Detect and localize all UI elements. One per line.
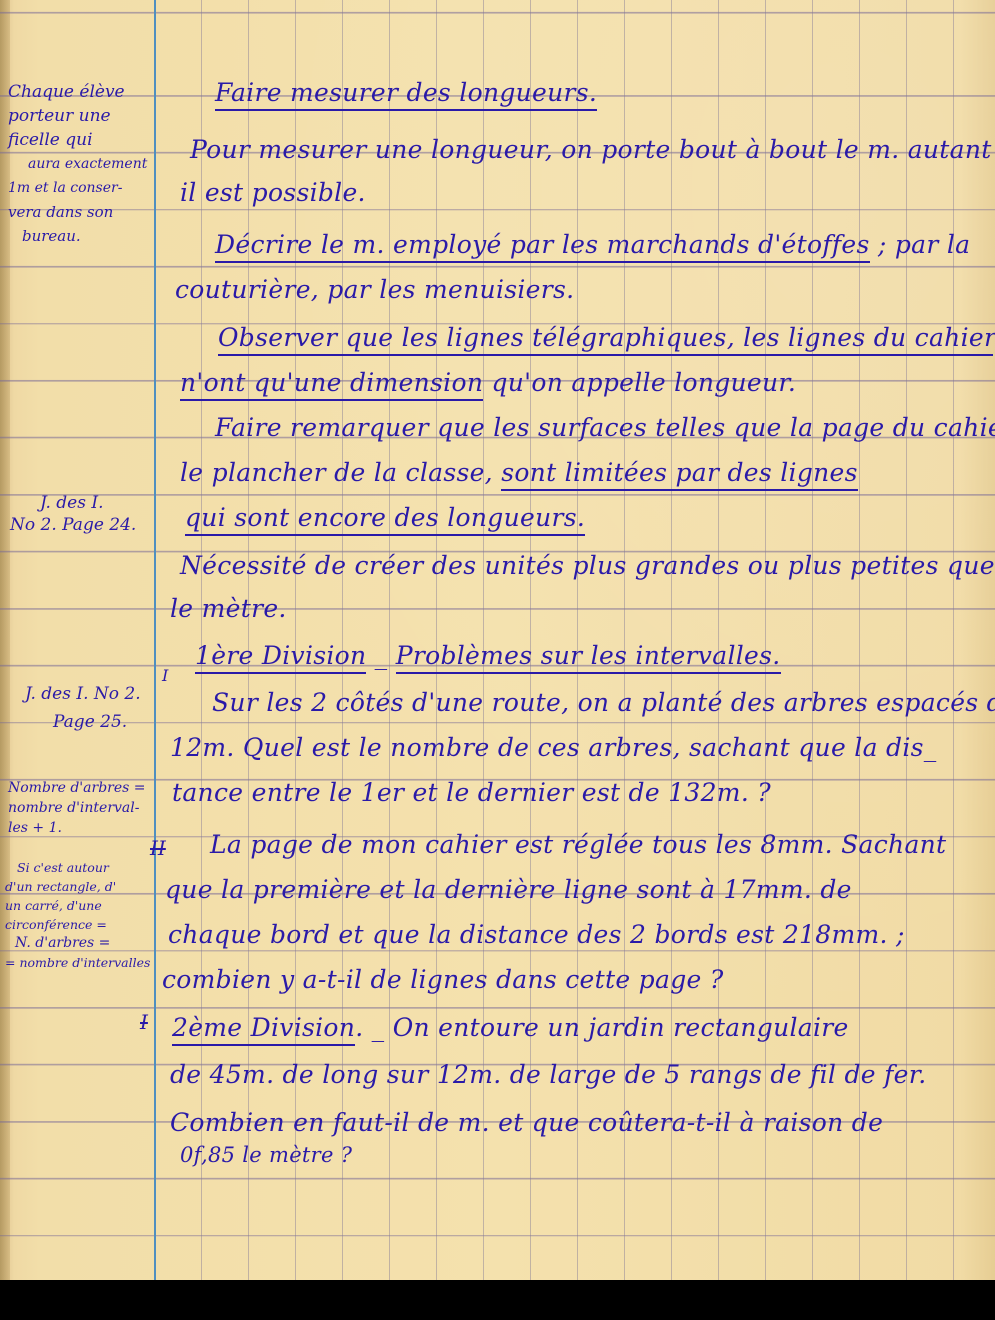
problem-2-line: que la première et la dernière ligne son… — [165, 877, 852, 902]
note-line: les + 1. — [8, 818, 146, 838]
note-line: J. des I. No 2. — [25, 680, 141, 708]
margin-note-ficelle: Chaque élève porteur une ficelle qui aur… — [8, 80, 147, 248]
separator: . _ — [355, 1013, 393, 1042]
problem-1-line: 12m. Quel est le nombre de ces arbres, s… — [170, 735, 937, 760]
separator: _ — [366, 641, 395, 670]
underlined-phrase: Observer que les lignes télégraphiques, … — [218, 323, 993, 356]
problem-marker-1: I — [162, 668, 168, 684]
note-line: circonférence = — [5, 915, 150, 934]
division-label: 2ème Division — [172, 1013, 355, 1046]
paragraph-line: couturière, par les menuisiers. — [175, 277, 574, 302]
problem-3-line: 0f,85 le mètre ? — [180, 1145, 352, 1166]
text-span: le plancher de la classe, — [180, 458, 501, 487]
division-1-heading: 1ère Division _ Problèmes sur les interv… — [195, 643, 781, 668]
note-line: Chaque élève — [8, 80, 147, 104]
paragraph-line: Faire remarquer que les surfaces telles … — [215, 415, 995, 440]
scan-bottom-border — [0, 1280, 995, 1320]
lesson-title-text: Faire mesurer des longueurs. — [215, 78, 597, 111]
notebook-page: Chaque élève porteur une ficelle qui aur… — [0, 0, 995, 1280]
note-line: un carré, d'une — [5, 896, 150, 915]
note-line: vera dans son — [8, 200, 147, 224]
lesson-title: Faire mesurer des longueurs. — [215, 80, 597, 105]
division-label: 1ère Division — [195, 641, 366, 674]
underlined-phrase: qui sont encore des longueurs. — [185, 503, 585, 536]
margin-note-ref-page25: J. des I. No 2. Page 25. — [25, 680, 141, 736]
note-line: Page 25. — [53, 708, 141, 736]
paragraph-line: le plancher de la classe, sont limitées … — [180, 460, 858, 485]
division-title: Problèmes sur les intervalles. — [396, 641, 781, 674]
margin-note-arbres-rule: Nombre d'arbres = nombre d'interval- les… — [8, 778, 146, 838]
problem-2-line: chaque bord et que la distance des 2 bor… — [168, 922, 905, 947]
division-2-heading: 2ème Division. _ On entoure un jardin re… — [172, 1015, 849, 1040]
paragraph-line: n'ont qu'une dimension qu'on appelle lon… — [180, 370, 796, 395]
note-line: d'un rectangle, d' — [5, 877, 150, 896]
note-line: J. des I. — [40, 492, 136, 514]
note-line: Si c'est autour — [17, 858, 150, 877]
note-line: ficelle qui — [8, 128, 147, 152]
paragraph-line: Pour mesurer une longueur, on porte bout… — [190, 137, 995, 162]
paragraph-line: Décrire le m. employé par les marchands … — [215, 232, 970, 257]
note-line: porteur une — [8, 104, 147, 128]
paragraph-line: qui sont encore des longueurs. — [185, 505, 585, 530]
problem-marker-3: I — [140, 1012, 148, 1032]
note-line: = nombre d'intervalles — [5, 953, 150, 972]
underlined-phrase: sont limitées par des lignes — [501, 458, 858, 491]
problem-1-line: tance entre le 1er et le dernier est de … — [172, 780, 771, 805]
note-line: No 2. Page 24. — [10, 514, 136, 536]
underlined-phrase: n'ont qu'une dimension — [180, 368, 483, 401]
underlined-phrase: Décrire le m. employé par les marchands … — [215, 230, 870, 263]
problem-3-line: On entoure un jardin rectangulaire — [393, 1013, 849, 1042]
note-line: N. d'arbres = — [15, 934, 150, 953]
problem-1-line: Sur les 2 côtés d'une route, on a planté… — [212, 690, 995, 715]
margin-note-closed-shape-rule: Si c'est autour d'un rectangle, d' un ca… — [5, 858, 150, 972]
problem-2-line: La page de mon cahier est réglée tous le… — [210, 832, 946, 857]
note-line: Nombre d'arbres = — [8, 778, 146, 798]
note-line: bureau. — [22, 224, 147, 248]
note-line: aura exactement — [28, 152, 147, 176]
paragraph-line: il est possible. — [180, 180, 366, 205]
problem-2-line: combien y a-t-il de lignes dans cette pa… — [162, 967, 724, 992]
problem-3-line: de 45m. de long sur 12m. de large de 5 r… — [170, 1062, 927, 1087]
paragraph-line: Nécessité de créer des unités plus grand… — [180, 553, 995, 578]
margin-note-ref-page24: J. des I. No 2. Page 24. — [10, 492, 136, 536]
note-line: 1m et la conser- — [8, 176, 147, 200]
note-line: nombre d'interval- — [8, 798, 146, 818]
problem-3-line: Combien en faut-il de m. et que coûtera-… — [170, 1110, 883, 1135]
paragraph-line: Observer que les lignes télégraphiques, … — [218, 325, 995, 350]
text-span: qu'on appelle longueur. — [483, 368, 796, 397]
paragraph-line: le mètre. — [170, 596, 287, 621]
text-span: ; par la — [870, 230, 971, 259]
problem-marker-2: II — [150, 838, 166, 858]
margin-line — [154, 0, 156, 1280]
